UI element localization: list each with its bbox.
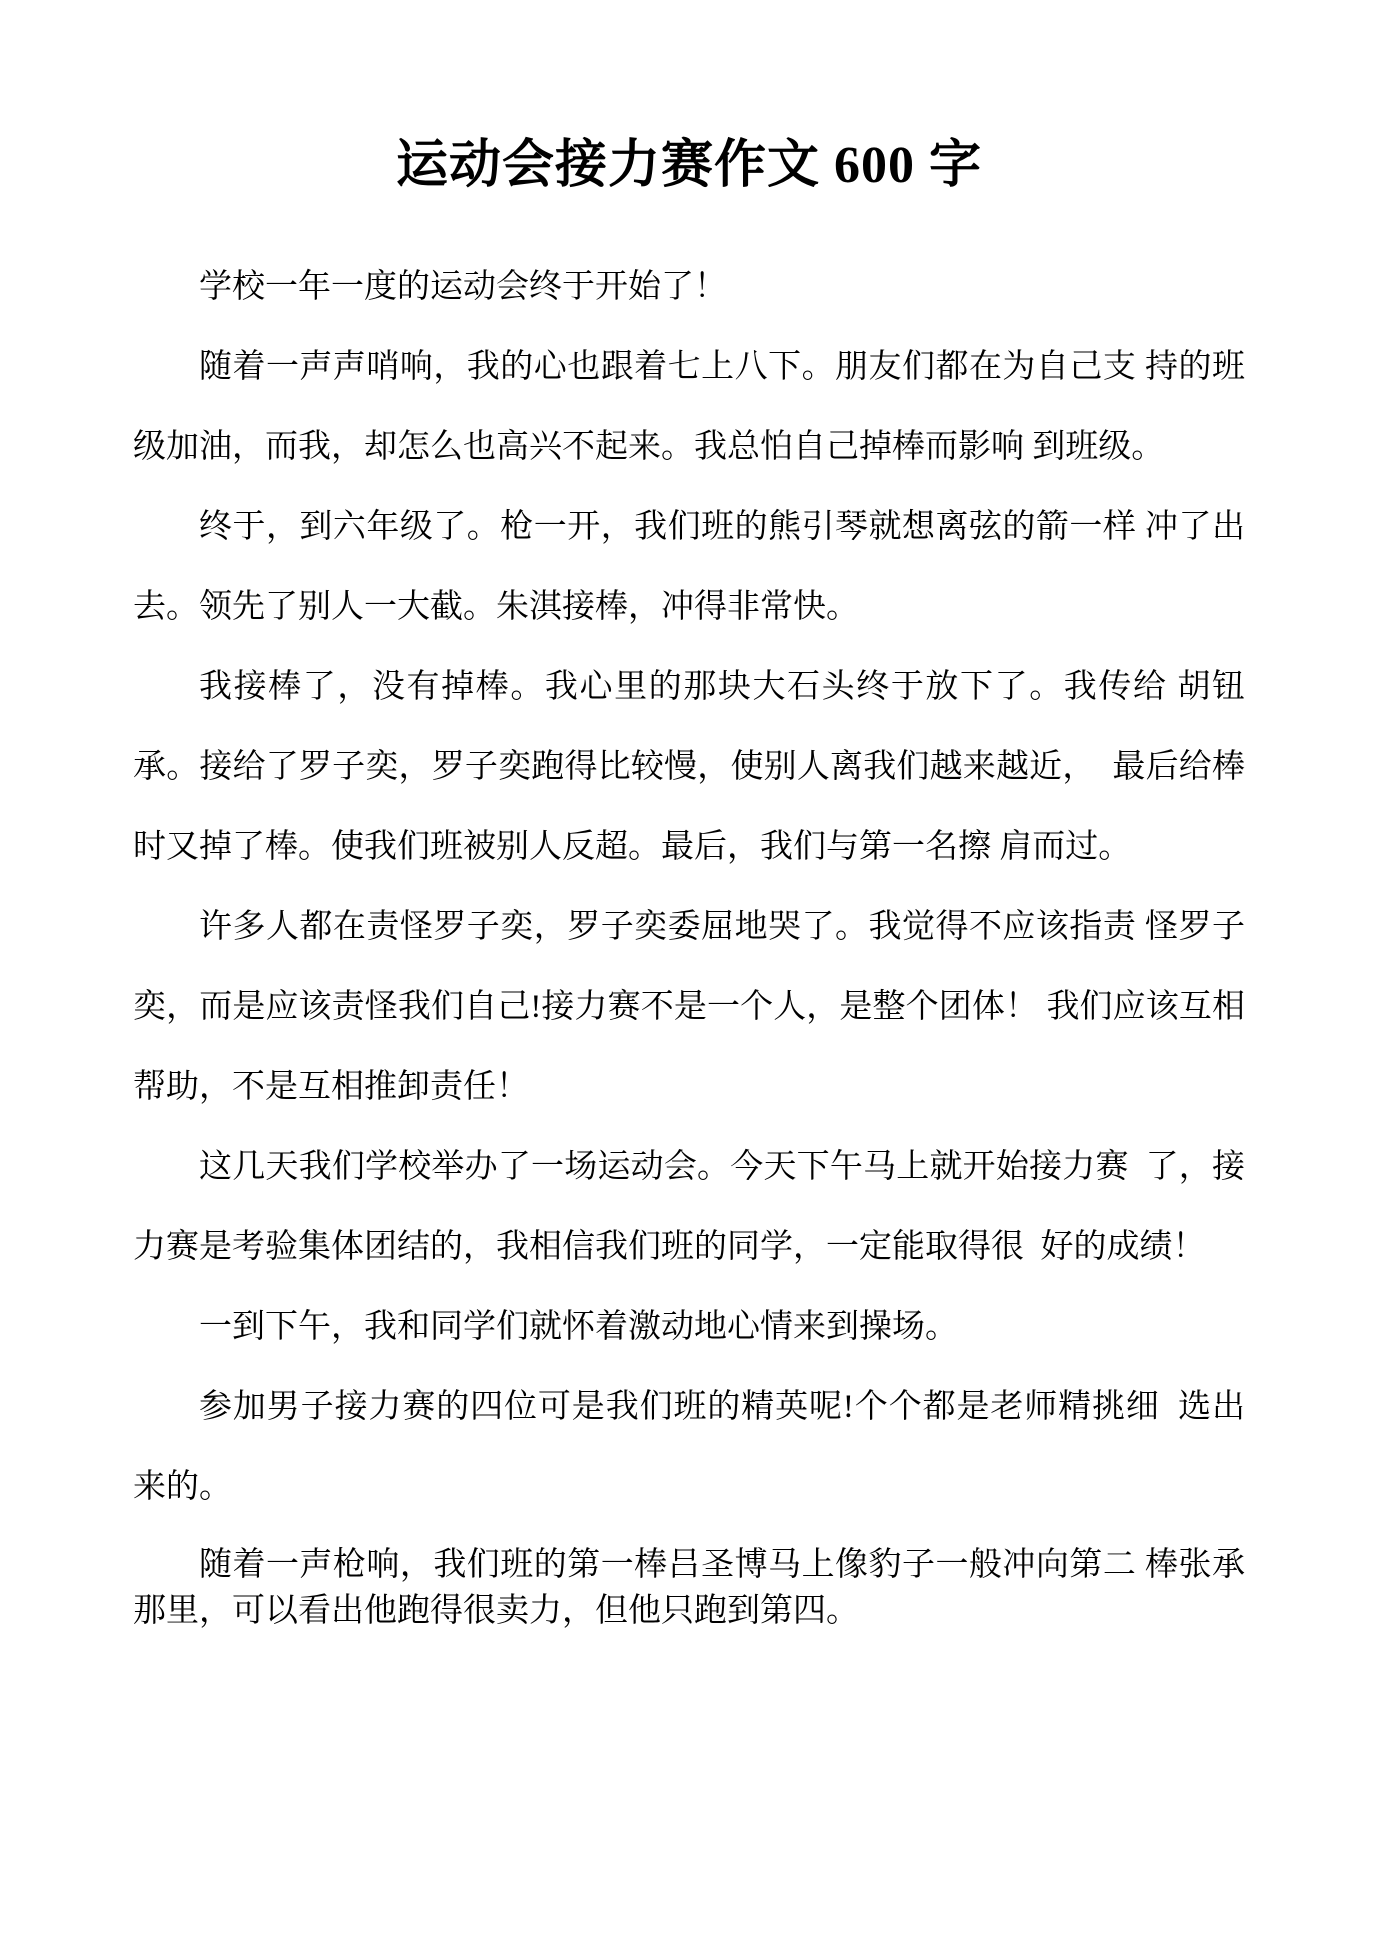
essay-title: 运动会接力赛作文 600 字 [133, 132, 1245, 200]
essay-paragraph-6: 这几天我们学校举办了一场运动会。今天下午马上就开始接力赛 了，接力赛是考验集体团… [133, 1127, 1245, 1287]
essay-paragraph-3: 终于，到六年级了。枪一开，我们班的熊引琴就想离弦的箭一样 冲了出去。领先了别人一… [133, 487, 1245, 647]
essay-paragraph-2: 随着一声声哨响，我的心也跟着七上八下。朋友们都在为自己支 持的班级加油，而我，却… [133, 327, 1245, 487]
essay-paragraph-7: 一到下午，我和同学们就怀着激动地心情来到操场。 [133, 1287, 1245, 1367]
essay-paragraph-5: 许多人都在责怪罗子奕，罗子奕委屈地哭了。我觉得不应该指责 怪罗子奕，而是应该责怪… [133, 887, 1245, 1127]
essay-paragraph-4: 我接棒了，没有掉棒。我心里的那块大石头终于放下了。我传给 胡钮承。接给了罗子奕，… [133, 647, 1245, 887]
essay-paragraph-8: 参加男子接力赛的四位可是我们班的精英呢!个个都是老师精挑细 选出来的。 [133, 1367, 1245, 1527]
essay-paragraph-9: 随着一声枪响，我们班的第一棒吕圣博马上像豹子一般冲向第二 棒张承那里，可以看出他… [133, 1542, 1245, 1634]
essay-paragraph-1: 学校一年一度的运动会终于开始了！ [133, 247, 1245, 327]
document-page: 运动会接力赛作文 600 字 学校一年一度的运动会终于开始了！ 随着一声声哨响，… [0, 0, 1378, 1948]
